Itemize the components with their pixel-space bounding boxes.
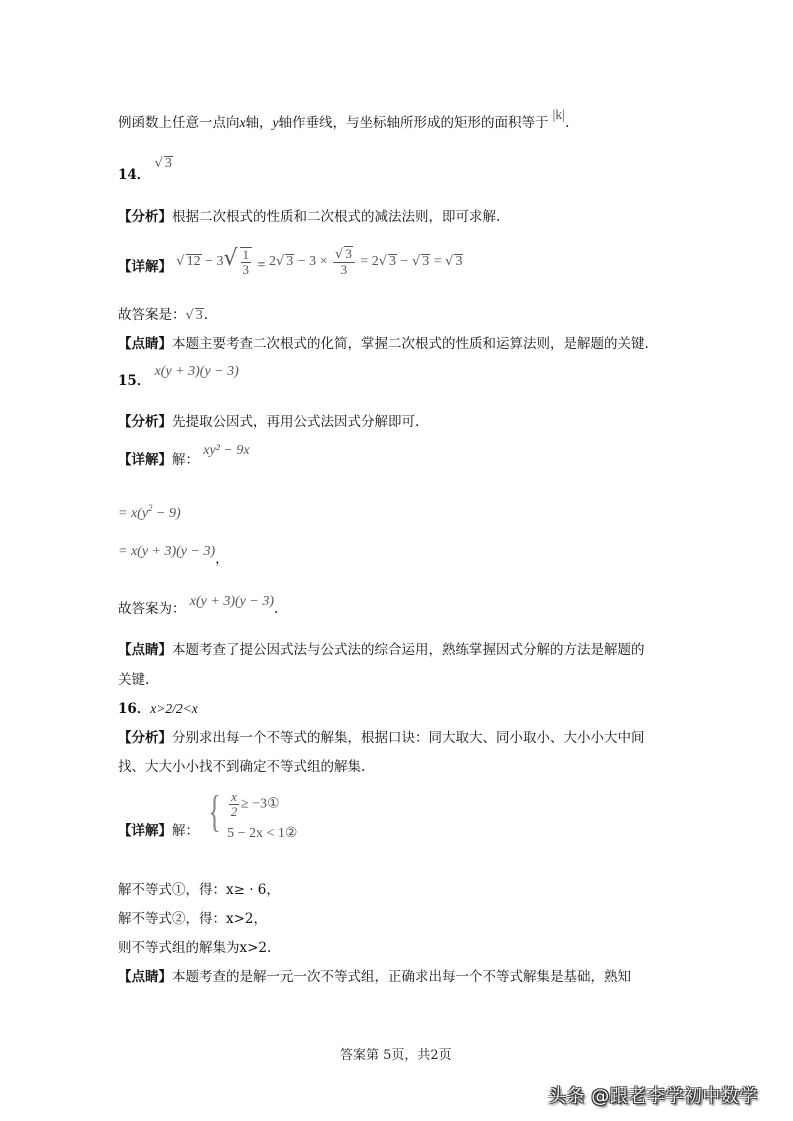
q16-analysis: 【分析】分别求出每一个不等式的解集，根据口诀：同大取大、同小取小、大小小大中间 [118, 729, 645, 747]
inequality-row-1: x2≥ −3① [227, 790, 297, 819]
q15-step0: xy² − 9x [203, 443, 249, 458]
frac-den: 3 [341, 263, 348, 277]
q16-step3: 则不等式组的解集为x>2. [118, 939, 271, 957]
q14-analysis: 【分析】根据二次根式的性质和二次根式的减法法则，即可求解. [118, 208, 500, 226]
frac-den: 2 [231, 805, 238, 819]
intro-text: 轴作垂线，与坐标轴所形成的矩形的面积等于 [279, 115, 549, 131]
conclusion-math: √3 [186, 308, 204, 323]
math-term: = [434, 254, 442, 269]
q14-detail: 【详解】 √12 − 3√13 = 2√3 − 3 × √33 = 2√3 − … [118, 244, 463, 277]
q16-detail: 【详解】解： [118, 822, 199, 840]
q14-number-line: 14． √3 [118, 166, 173, 185]
q14-detail-math: √12 − 3√13 = 2√3 − 3 × √33 = 2√3 − √3 = … [176, 254, 463, 269]
conclusion-text: 故答案是： [118, 307, 186, 323]
detail-label: 【详解】 [118, 823, 172, 839]
intro-text: 轴， [246, 115, 273, 131]
step-text: 解不等式②，得：x>2， [118, 911, 267, 927]
q16-number-line: 16．x>2/2<x [118, 700, 198, 718]
comment-label: 【点睛】 [118, 642, 172, 658]
abs-k-math: |k| [553, 108, 566, 123]
period: . [565, 115, 569, 131]
radicand: 3 [454, 254, 463, 269]
q15-comment-line2: 关键. [118, 671, 149, 689]
math-term: = [258, 258, 266, 273]
detail-label: 【详解】 [118, 452, 172, 468]
period: . [274, 601, 278, 617]
radicand: 3 [195, 308, 204, 323]
q16-analysis-line2: 找、大大小小找不到确定不等式组的解集. [118, 758, 365, 776]
comment-text: 本题主要考查二次根式的化简，掌握二次根式的性质和运算法则，是解题的关键. [172, 336, 649, 352]
analysis-text: 找、大大小小找不到确定不等式组的解集. [118, 759, 365, 775]
math-term: − 9) [153, 506, 181, 521]
radicand: 3 [388, 254, 397, 269]
math-term: − [401, 254, 409, 269]
q14-conclusion: 故答案是：√3. [118, 306, 208, 325]
q15-step2: = x(y + 3)(y − 3)， [118, 542, 229, 561]
comment-text: 关键. [118, 672, 149, 688]
comment-label: 【点睛】 [118, 969, 172, 985]
left-brace-icon: { [208, 790, 221, 842]
analysis-text: 根据二次根式的性质和二次根式的减法法则，即可求解. [172, 209, 500, 225]
math-term: = x(y + 3)(y − 3) [118, 544, 215, 559]
radicand: 3 [164, 156, 173, 171]
analysis-label: 【分析】 [118, 730, 172, 746]
watermark: 头条 @跟老李学初中数学 [548, 1082, 758, 1108]
analysis-text: 分别求出每一个不等式的解集，根据口诀：同大取大、同小取小、大小小大中间 [172, 730, 645, 746]
q15-answer: x(y + 3)(y − 3) [155, 364, 239, 379]
analysis-label: 【分析】 [118, 209, 172, 225]
detail-prefix: 解： [172, 452, 199, 468]
math-term: − 3 × [298, 254, 328, 269]
comment-label: 【点睛】 [118, 336, 172, 352]
inequality-system: { x2≥ −3① 5 − 2x < 1② [204, 790, 297, 842]
q14-answer: √3 [155, 156, 173, 171]
period: . [204, 307, 208, 323]
q15-conclusion: 故答案为： x(y + 3)(y − 3). [118, 600, 278, 619]
detail-prefix: 解： [172, 823, 199, 839]
question-number: 15． [118, 373, 150, 389]
math-term: − 3 [205, 254, 223, 269]
q15-comment: 【点睛】本题考查了提公因式法与公式法的综合运用，熟练掌握因式分解的方法是解题的 [118, 641, 645, 659]
q15-analysis: 【分析】先提取公因式，再用公式法因式分解即可. [118, 413, 419, 431]
radicand: 3 [421, 254, 430, 269]
q15-step1: = x(y2 − 9) [118, 499, 181, 523]
frac-num: 1 [241, 248, 252, 263]
inequality-row-2: 5 − 2x < 1② [227, 825, 297, 842]
frac-den: 3 [243, 263, 250, 277]
frac-num: x [229, 790, 239, 805]
q16-step1: 解不等式①，得：x≥ · 6， [118, 881, 280, 899]
math-term: = 2 [360, 254, 378, 269]
comma: ， [215, 551, 229, 567]
conclusion-math: x(y + 3)(y − 3) [190, 594, 274, 609]
comment-text: 本题考查了提公因式法与公式法的综合运用，熟练掌握因式分解的方法是解题的 [172, 642, 645, 658]
math-term: = x(y [118, 506, 148, 521]
comment-text: 本题考查的是解一元一次不等式组，正确求出每一个不等式解集是基础，熟知 [172, 969, 631, 985]
question-number: 16． [118, 701, 150, 717]
q15-detail: 【详解】解： xy² − 9x [118, 451, 250, 470]
q16-comment: 【点睛】本题考查的是解一元一次不等式组，正确求出每一个不等式解集是基础，熟知 [118, 968, 631, 986]
page-footer: 答案第 5页，共2页 [340, 1044, 452, 1063]
intro-text: 例函数上任意一点向 [118, 115, 240, 131]
radicand: 12 [186, 254, 202, 269]
intro-line: 例函数上任意一点向x轴，y轴作垂线，与坐标轴所形成的矩形的面积等于|k|. [118, 114, 569, 133]
question-number: 14． [118, 167, 150, 183]
analysis-text: 先提取公因式，再用公式法因式分解即可. [172, 414, 419, 430]
conclusion-text: 故答案为： [118, 601, 186, 617]
analysis-label: 【分析】 [118, 414, 172, 430]
step-text: 则不等式组的解集为x>2. [118, 940, 271, 956]
q14-comment: 【点睛】本题主要考查二次根式的化简，掌握二次根式的性质和运算法则，是解题的关键. [118, 335, 649, 353]
math-term: ≥ −3① [241, 797, 280, 812]
q16-step2: 解不等式②，得：x>2， [118, 910, 267, 928]
q16-answer: x>2/2<x [150, 701, 197, 716]
step-text: 解不等式①，得：x≥ · 6， [118, 882, 280, 898]
radicand: 3 [285, 254, 294, 269]
math-term: 2 [269, 254, 276, 269]
radicand: 3 [344, 246, 353, 261]
q15-number-line: 15． x(y + 3)(y − 3) [118, 372, 239, 391]
detail-label: 【详解】 [118, 259, 172, 275]
